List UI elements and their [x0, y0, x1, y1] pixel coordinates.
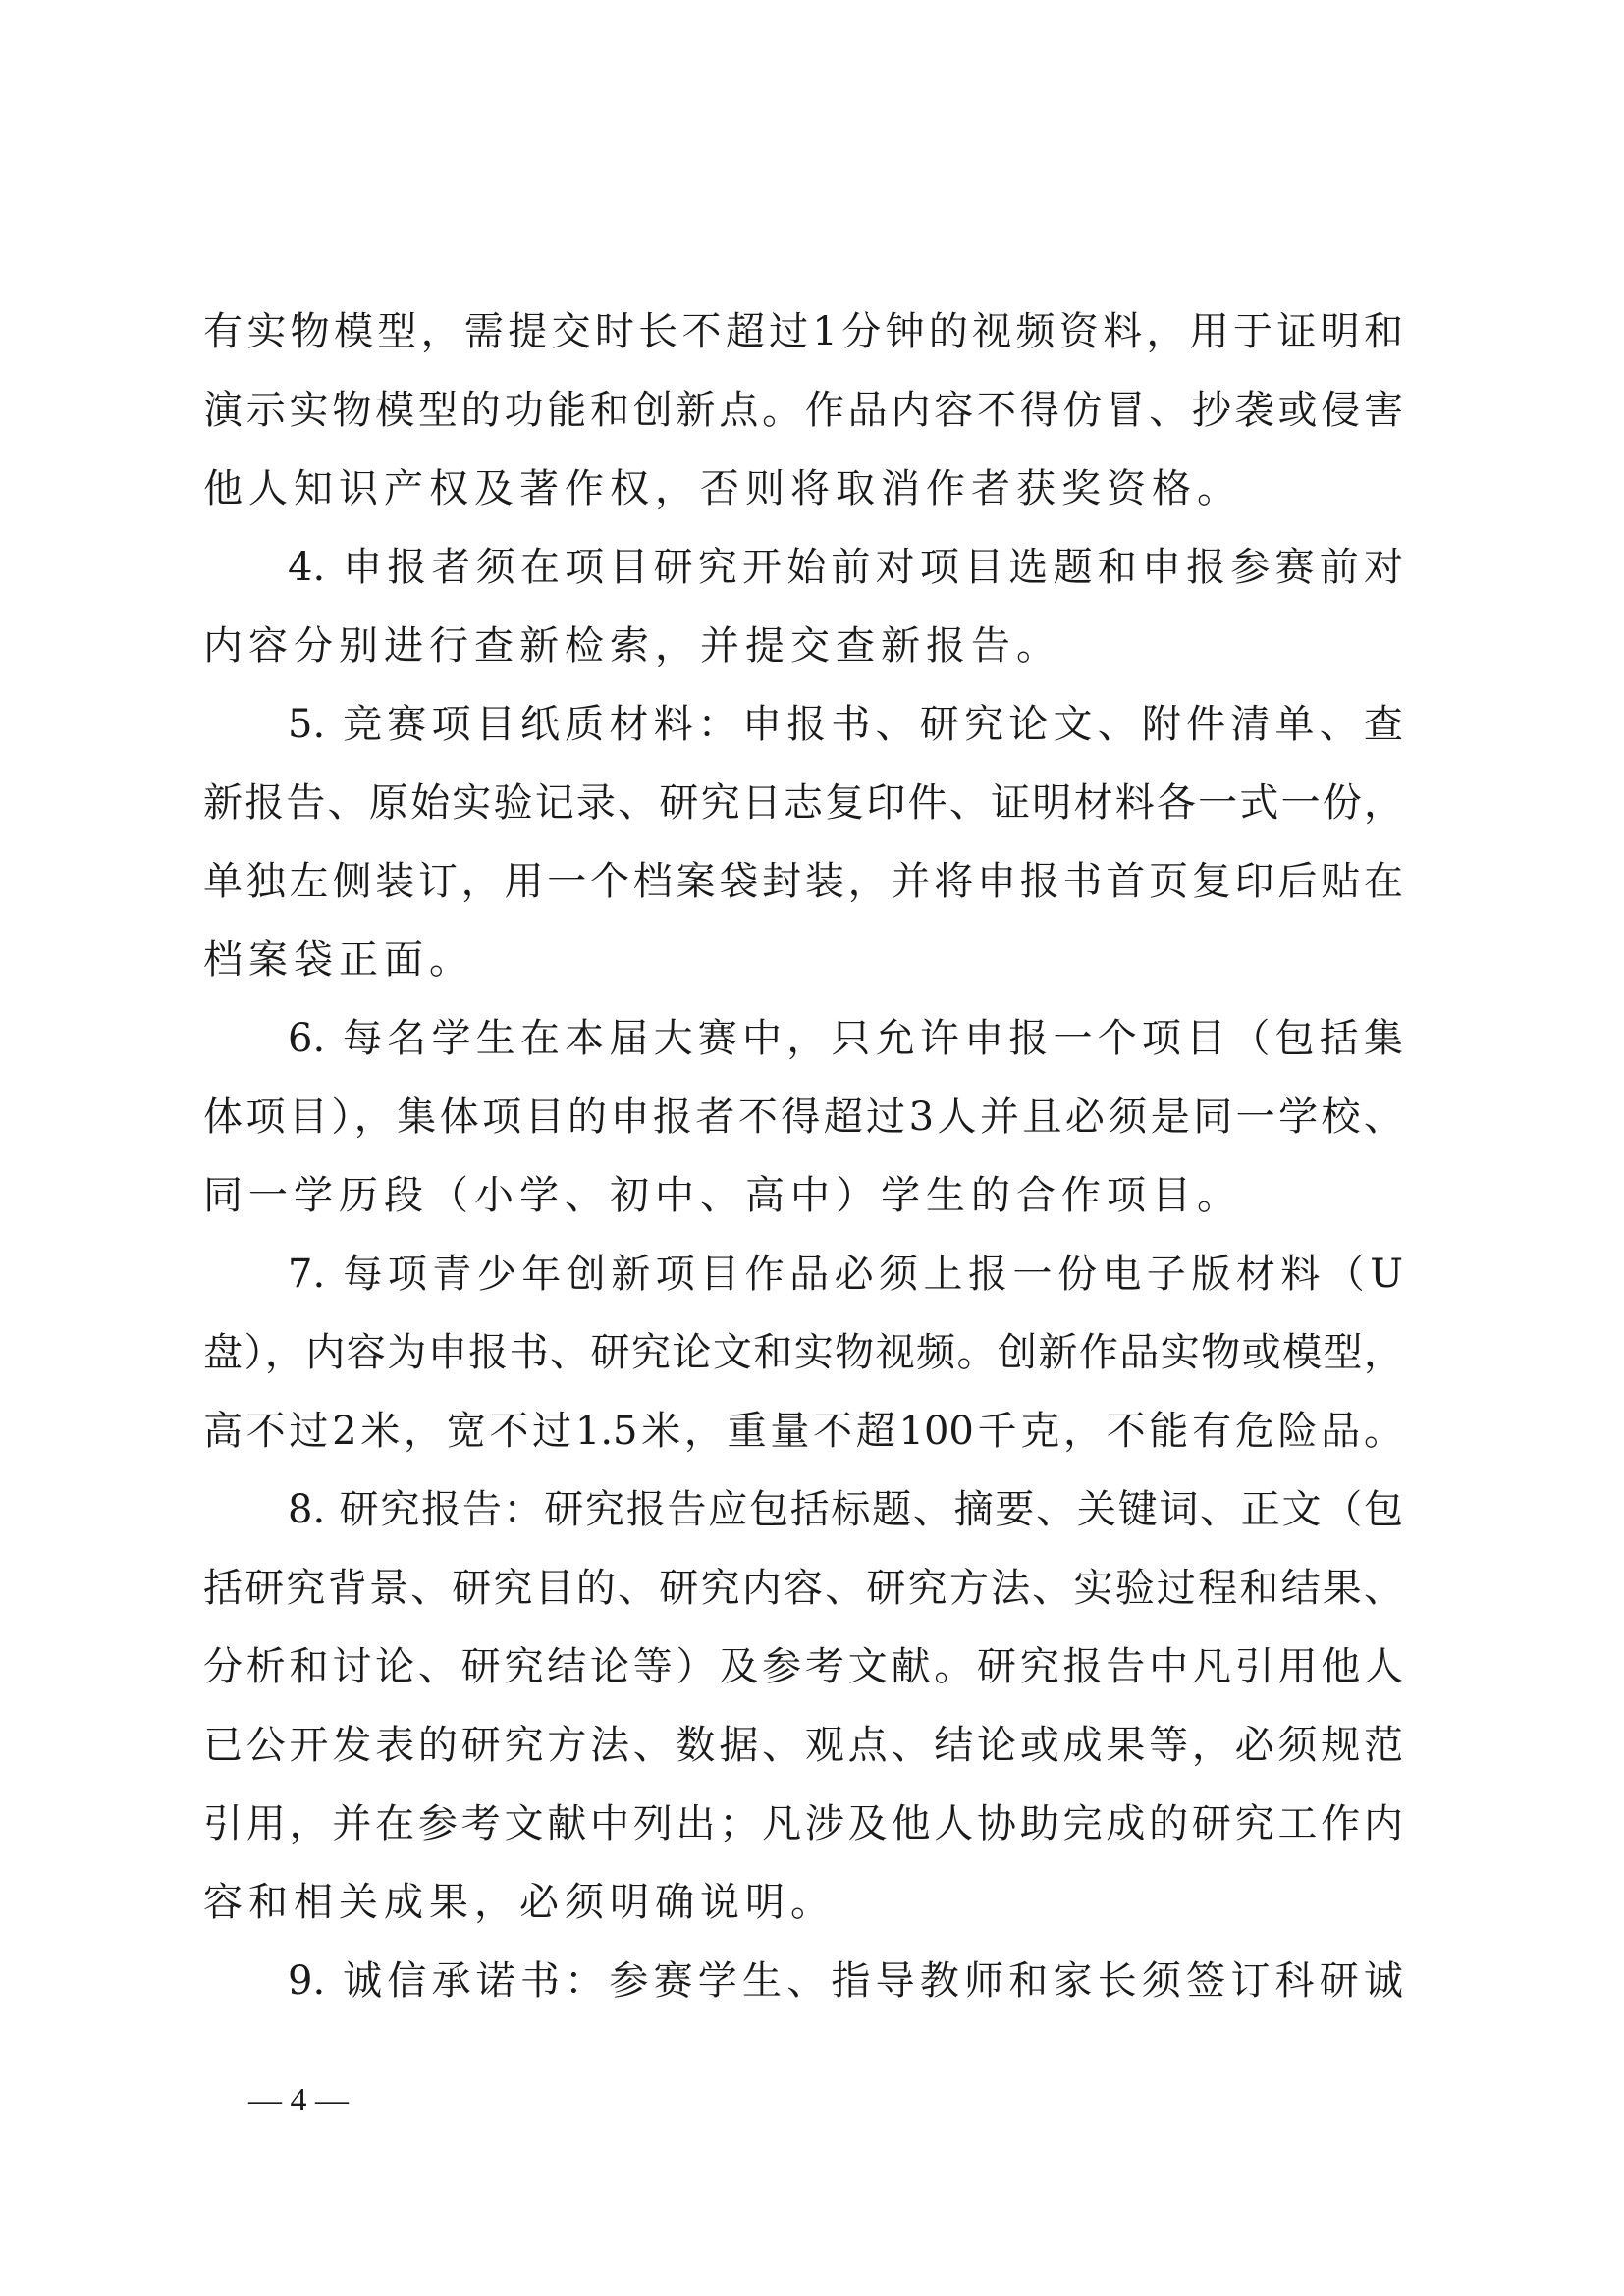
text-line: 5. 竞赛项目纸质材料：申报书、研究论文、附件清单、查 [203, 693, 1403, 772]
paragraph-item-3-continuation: 有实物模型，需提交时长不超过1分钟的视频资料，用于证明和 演示实物模型的功能和创… [203, 300, 1403, 536]
text-line: 4. 申报者须在项目研究开始前对项目选题和申报参赛前对 [203, 536, 1403, 614]
text-line: 容和相关成果，必须明确说明。 [203, 1871, 1403, 1949]
text-line: 7. 每项青少年创新项目作品必须上报一份电子版材料（U [203, 1243, 1403, 1321]
text-line: 单独左侧装订，用一个档案袋封装，并将申报书首页复印后贴在 [203, 850, 1403, 929]
document-page: 有实物模型，需提交时长不超过1分钟的视频资料，用于证明和 演示实物模型的功能和创… [0, 0, 1624, 2296]
text-line: 档案袋正面。 [203, 929, 1403, 1007]
text-line: 新报告、原始实验记录、研究日志复印件、证明材料各一式一份， [203, 772, 1403, 850]
text-line: 内容分别进行查新检索，并提交查新报告。 [203, 614, 1403, 693]
text-line: 他人知识产权及著作权，否则将取消作者获奖资格。 [203, 457, 1403, 536]
text-line: 盘），内容为申报书、研究论文和实物视频。创新作品实物或模型， [203, 1321, 1403, 1400]
paragraph-item-6: 6. 每名学生在本届大赛中，只允许申报一个项目（包括集 体项目），集体项目的申报… [203, 1007, 1403, 1243]
paragraph-item-7: 7. 每项青少年创新项目作品必须上报一份电子版材料（U 盘），内容为申报书、研究… [203, 1243, 1403, 1478]
page-number: — 4 — [248, 2079, 349, 2122]
text-line: 6. 每名学生在本届大赛中，只允许申报一个项目（包括集 [203, 1007, 1403, 1086]
text-line: 分析和讨论、研究结论等）及参考文献。研究报告中凡引用他人 [203, 1635, 1403, 1714]
text-line: 引用，并在参考文献中列出；凡涉及他人协助完成的研究工作内 [203, 1792, 1403, 1871]
paragraph-item-8: 8. 研究报告：研究报告应包括标题、摘要、关键词、正文（包 括研究背景、研究目的… [203, 1478, 1403, 1949]
text-line: 已公开发表的研究方法、数据、观点、结论或成果等，必须规范 [203, 1714, 1403, 1792]
text-line: 同一学历段（小学、初中、高中）学生的合作项目。 [203, 1164, 1403, 1243]
text-line: 9. 诚信承诺书：参赛学生、指导教师和家长须签订科研诚 [203, 1949, 1403, 2028]
text-line: 括研究背景、研究目的、研究内容、研究方法、实验过程和结果、 [203, 1557, 1403, 1635]
paragraph-item-9: 9. 诚信承诺书：参赛学生、指导教师和家长须签订科研诚 [203, 1949, 1403, 2028]
text-line: 演示实物模型的功能和创新点。作品内容不得仿冒、抄袭或侵害 [203, 379, 1403, 457]
text-line: 8. 研究报告：研究报告应包括标题、摘要、关键词、正文（包 [203, 1478, 1403, 1557]
text-line: 有实物模型，需提交时长不超过1分钟的视频资料，用于证明和 [203, 300, 1403, 379]
body-text: 有实物模型，需提交时长不超过1分钟的视频资料，用于证明和 演示实物模型的功能和创… [203, 300, 1403, 2028]
paragraph-item-4: 4. 申报者须在项目研究开始前对项目选题和申报参赛前对 内容分别进行查新检索，并… [203, 536, 1403, 693]
text-line: 高不过2米，宽不过1.5米，重量不超100千克，不能有危险品。 [203, 1400, 1403, 1478]
text-line: 体项目），集体项目的申报者不得超过3人并且必须是同一学校、 [203, 1086, 1403, 1164]
paragraph-item-5: 5. 竞赛项目纸质材料：申报书、研究论文、附件清单、查 新报告、原始实验记录、研… [203, 693, 1403, 1007]
